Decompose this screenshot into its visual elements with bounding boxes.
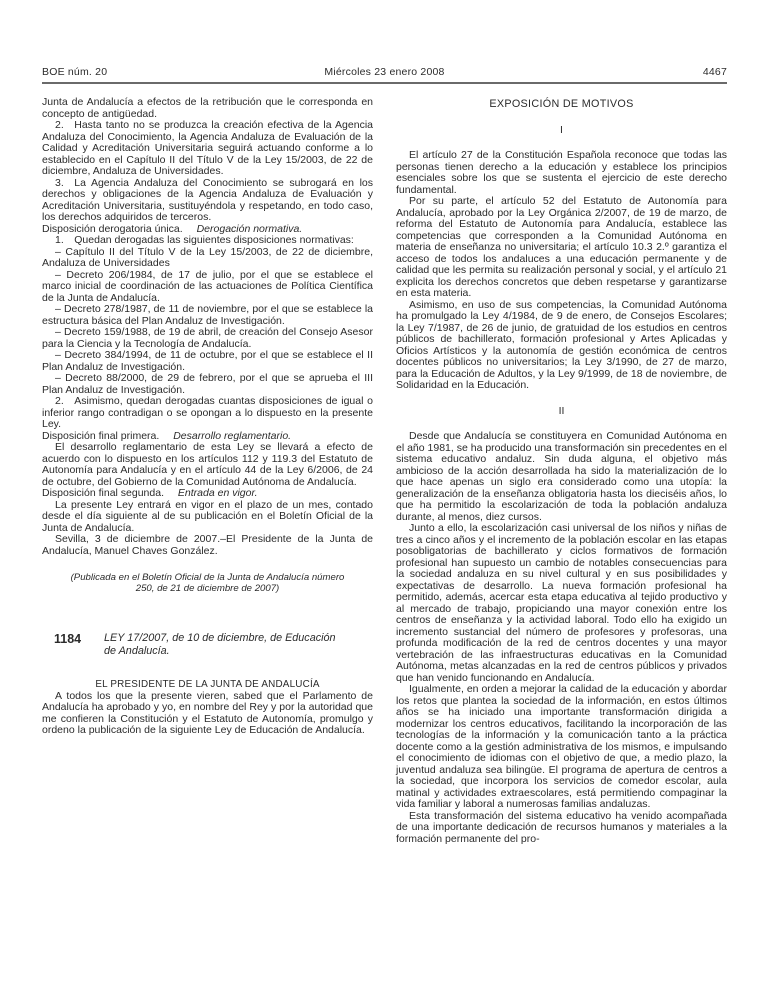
disposicion-final-primera-label: Disposición final primera.: [42, 430, 159, 442]
expo-paragraph-estatuto-autonomia: Por su parte, el artículo 52 del Estatut…: [396, 196, 727, 300]
paragraph-promulgacion: A todos los que la presente vieren, sabe…: [42, 691, 373, 737]
list-item-derogada-2: – Decreto 206/1984, de 17 de julio, por …: [42, 270, 373, 305]
page-header: BOE núm. 20 Miércoles 23 enero 2008 4467: [42, 66, 727, 84]
paragraph-derogadas-intro: 1. Quedan derogadas las siguientes dispo…: [42, 235, 373, 247]
paragraph-entrada-vigor: La presente Ley entrará en vigor en el p…: [42, 500, 373, 535]
section-numeral-1: I: [396, 125, 727, 137]
paragraph-carryover: Junta de Andalucía a efectos de la retri…: [42, 97, 373, 120]
paragraph-firma-sevilla: Sevilla, 3 de diciembre de 2007.–El Pres…: [42, 534, 373, 557]
expo-paragraph-articulo-27: El artículo 27 de la Constitución Españo…: [396, 150, 727, 196]
paragraph-desarrollo-reglamentario: El desarrollo reglamentario de esta Ley …: [42, 442, 373, 488]
list-item-derogada-1: – Capítulo II del Título V de la Ley 15/…: [42, 247, 373, 270]
header-date: Miércoles 23 enero 2008: [243, 66, 525, 78]
two-column-body: Junta de Andalucía a efectos de la retri…: [42, 97, 727, 845]
paragraph-2-agencia: 2. Hasta tanto no se produzca la creació…: [42, 120, 373, 178]
law-entry-1184: 1184 LEY 17/2007, de 10 de diciembre, de…: [42, 632, 373, 657]
heading-exposicion-motivos: EXPOSICIÓN DE MOTIVOS: [396, 99, 727, 111]
disposicion-derogatoria-label: Disposición derogatoria única.: [42, 223, 183, 235]
list-item-derogada-4: – Decreto 159/1988, de 19 de abril, de c…: [42, 327, 373, 350]
disposicion-final-primera-title: Desarrollo reglamentario.: [173, 430, 291, 442]
law-entry-number: 1184: [54, 632, 104, 657]
paragraph-3-agencia: 3. La Agencia Andaluza del Conocimiento …: [42, 178, 373, 224]
expo-paragraph-escolarizacion: Junto a ello, la escolarización casi uni…: [396, 523, 727, 684]
boe-document-page: BOE núm. 20 Miércoles 23 enero 2008 4467…: [0, 0, 768, 994]
disposicion-final-segunda-label: Disposición final segunda.: [42, 487, 164, 499]
section-numeral-2: II: [396, 406, 727, 418]
list-item-derogada-5: – Decreto 384/1994, de 11 de octubre, po…: [42, 350, 373, 373]
expo-paragraph-modernizacion: Igualmente, en orden a mejorar la calida…: [396, 684, 727, 811]
disposicion-final-segunda-title: Entrada en vigor.: [178, 487, 258, 499]
heading-presidente-junta: EL PRESIDENTE DE LA JUNTA DE ANDALUCÍA: [42, 679, 373, 691]
expo-paragraph-transformacion-1981: Desde que Andalucía se constituyera en C…: [396, 431, 727, 523]
heading-disposicion-final-segunda: Disposición final segunda. Entrada en vi…: [42, 488, 373, 500]
header-page-number: 4467: [526, 66, 727, 78]
right-column: EXPOSICIÓN DE MOTIVOS I El artículo 27 d…: [396, 97, 727, 845]
list-item-derogada-6: – Decreto 88/2000, de 29 de febrero, por…: [42, 373, 373, 396]
disposicion-derogatoria-title: Derogación normativa.: [197, 223, 303, 235]
law-entry-title: LEY 17/2007, de 10 de diciembre, de Educ…: [104, 632, 373, 657]
left-column: Junta de Andalucía a efectos de la retri…: [42, 97, 373, 737]
expo-paragraph-recursos: Esta transformación del sistema educativ…: [396, 811, 727, 846]
paragraph-asimismo-derogadas: 2. Asimismo, quedan derogadas cuantas di…: [42, 396, 373, 431]
header-issue-number: BOE núm. 20: [42, 66, 243, 78]
list-item-derogada-3: – Decreto 278/1987, de 11 de noviembre, …: [42, 304, 373, 327]
expo-paragraph-leyes-autonomicas: Asimismo, en uso de sus competencias, la…: [396, 300, 727, 392]
note-publicada: (Publicada en el Boletín Oficial de la J…: [42, 572, 373, 594]
